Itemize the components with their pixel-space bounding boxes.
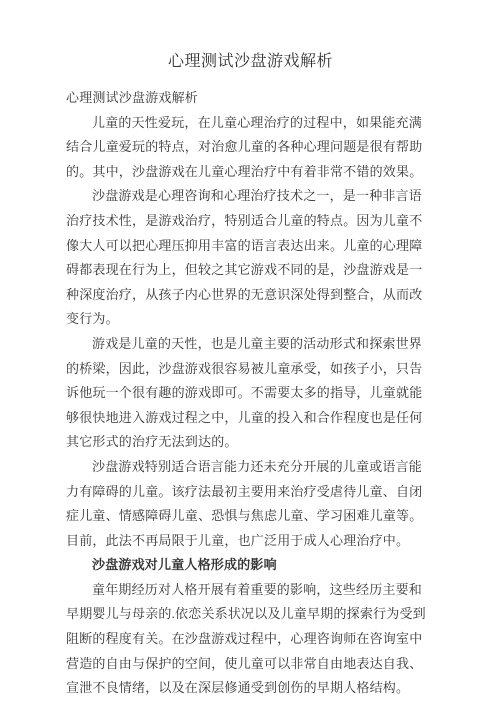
paragraph-intro: 儿童的天性爱玩，在儿童心理治疗的过程中，如果能充满结合儿童爱玩的特点，对治愈儿童… — [66, 111, 435, 185]
paragraph-suitability: 沙盘游戏特别适合语言能力还未充分开展的儿童或语言能力有障碍的儿童。该疗法最初主要… — [66, 455, 435, 553]
section-heading-personality-influence: 沙盘游戏对儿童人格形成的影响 — [66, 553, 435, 578]
document-subtitle: 心理测试沙盘游戏解析 — [66, 86, 435, 111]
paragraph-technique: 沙盘游戏是心理咨询和心理治疗技术之一，是一种非言语治疗技术性，是游戏治疗，特别适… — [66, 184, 435, 332]
document-page: 心理测试沙盘游戏解析 心理测试沙盘游戏解析 儿童的天性爱玩，在儿童心理治疗的过程… — [0, 0, 500, 707]
paragraph-childhood-experience: 童年期经历对人格开展有着重要的影响，这些经历主要和早期婴儿与母亲的.依恋关系状况… — [66, 578, 435, 701]
document-title: 心理测试沙盘游戏解析 — [66, 50, 435, 73]
paragraph-nature-of-play: 游戏是儿童的天性，也是儿童主要的活动形式和探索世界的桥梁，因此，沙盘游戏很容易被… — [66, 332, 435, 455]
document-content: 心理测试沙盘游戏解析 心理测试沙盘游戏解析 儿童的天性爱玩，在儿童心理治疗的过程… — [66, 50, 435, 701]
